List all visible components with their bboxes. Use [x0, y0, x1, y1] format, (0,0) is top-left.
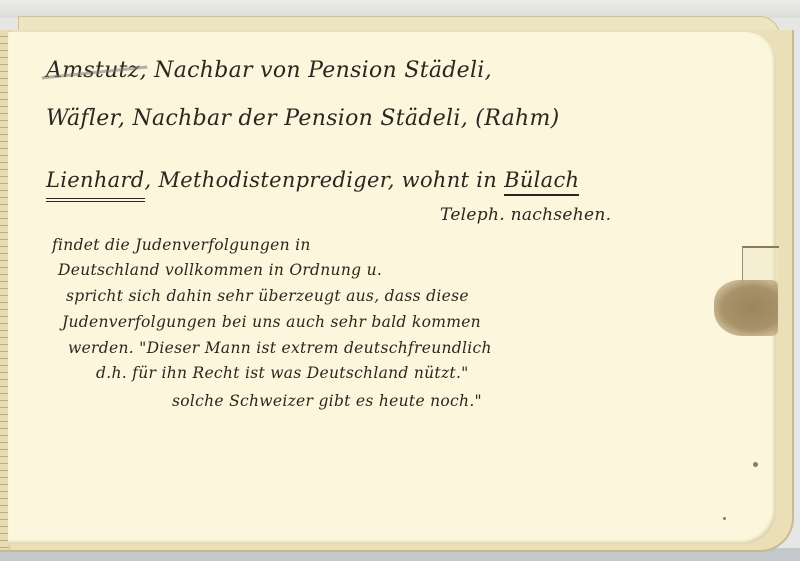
water-stain	[714, 280, 778, 336]
paper-speck	[723, 517, 726, 520]
entry-name-struck: Amstutz	[46, 58, 140, 83]
entry-note: Teleph. nachsehen.	[440, 205, 611, 225]
body-line: Deutschland vollkommen in Ordnung u.	[58, 261, 382, 279]
body-line-closing: solche Schweizer gibt es heute noch."	[172, 392, 482, 410]
paper-speck	[753, 462, 758, 467]
entry-name-underlined: Lienhard	[46, 168, 145, 202]
entry-text: , Nachbar der Pension Städeli, (Rahm)	[118, 106, 560, 131]
body-line: werden. "Dieser Mann ist extrem deutschf…	[68, 339, 492, 357]
entry-lienhard: Lienhard, Methodistenprediger, wohnt in …	[46, 168, 579, 192]
body-line: spricht sich dahin sehr überzeugt aus, d…	[66, 287, 469, 305]
entry-text: , Methodistenprediger, wohnt in	[145, 168, 505, 192]
entry-text: , Nachbar von Pension Städeli,	[140, 58, 492, 83]
entry-waefler: Wäfler, Nachbar der Pension Städeli, (Ra…	[46, 106, 560, 131]
entry-amstutz: Amstutz, Nachbar von Pension Städeli,	[46, 58, 492, 83]
body-line: d.h. für ihn Recht ist was Deutschland n…	[96, 364, 469, 382]
body-line: Judenverfolgungen bei uns auch sehr bald…	[62, 313, 481, 331]
entry-place-underlined: Bülach	[504, 168, 579, 196]
tape-residue-mark	[742, 246, 779, 282]
entry-name: Wäfler	[46, 106, 118, 131]
body-line: findet die Judenverfolgungen in	[52, 236, 311, 254]
